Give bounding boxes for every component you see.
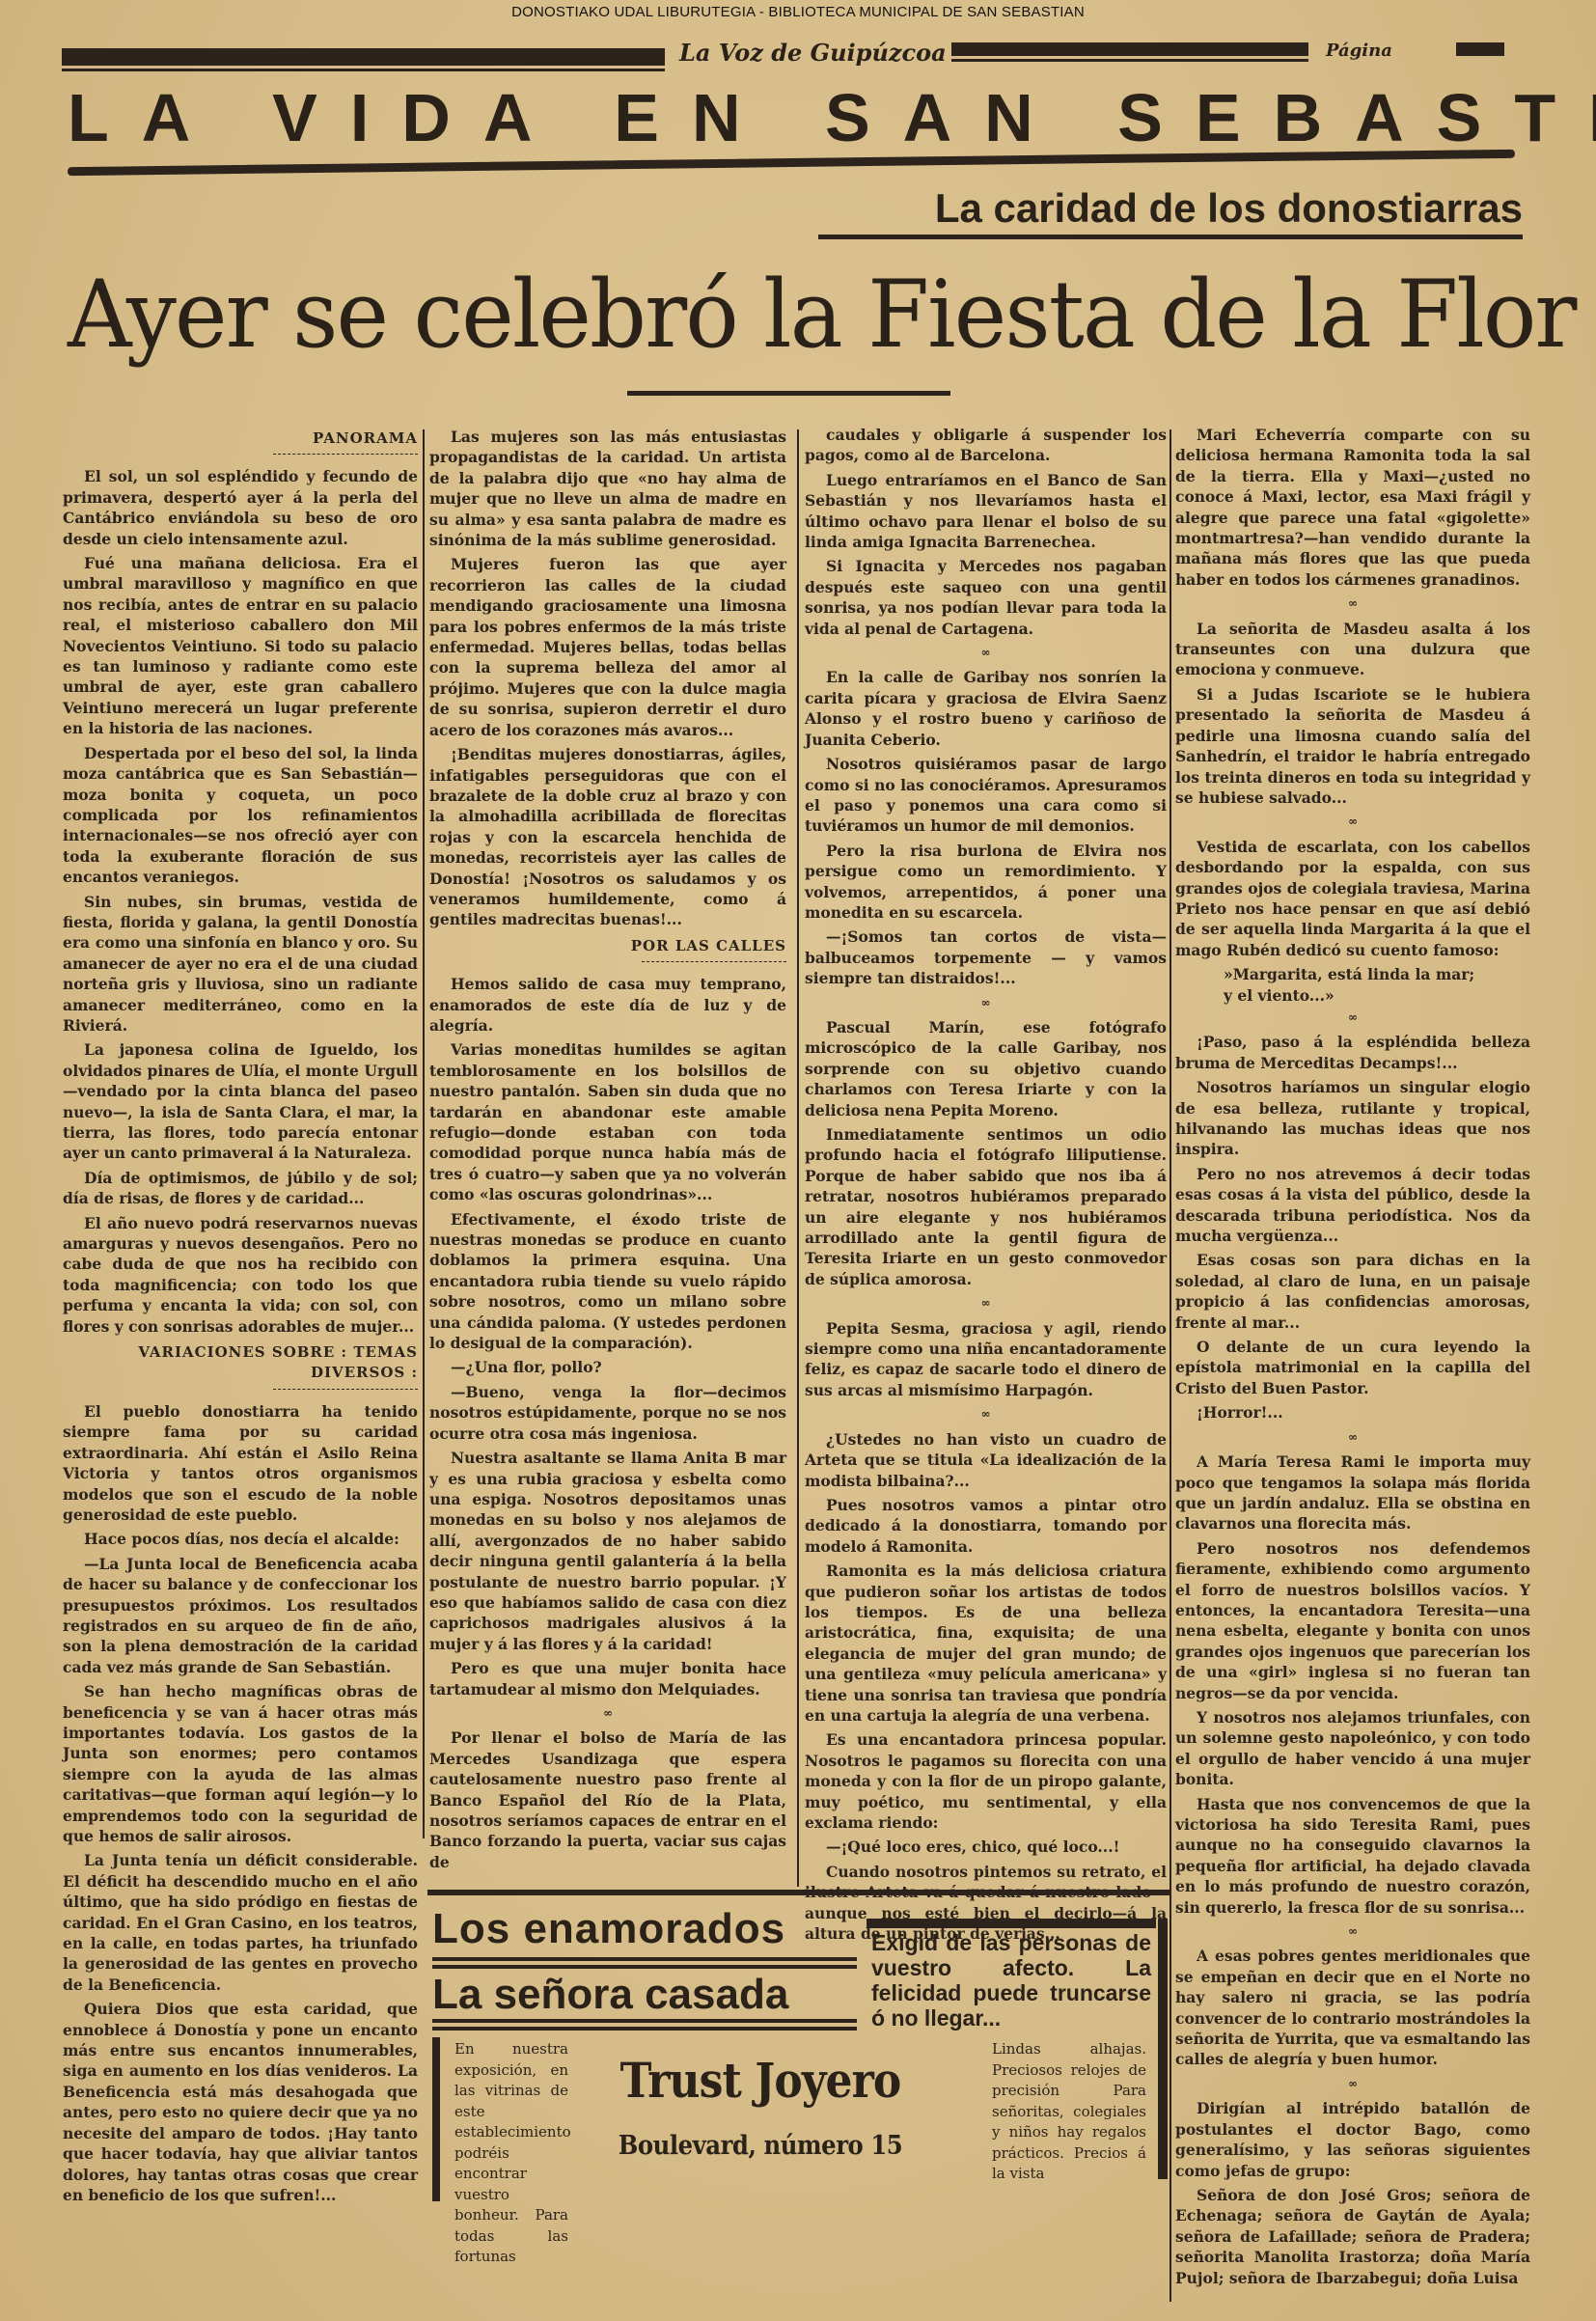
- paragraph: —La Junta local de Beneficencia acaba de…: [63, 1554, 418, 1677]
- ornament-icon: ∞: [429, 1703, 786, 1724]
- ornament-icon: ∞: [805, 993, 1167, 1013]
- paragraph: A esas pobres gentes meridionales que se…: [1175, 1946, 1530, 2069]
- paragraph: Inmediatamente sentimos un odio profundo…: [805, 1124, 1167, 1289]
- ornament-icon: ∞: [805, 643, 1167, 663]
- verse-line: »Margarita, está linda la mar;: [1175, 964, 1530, 984]
- ornament-icon: ∞: [1175, 1008, 1530, 1028]
- main-headline: Ayer se celebró la Fiesta de la Flor: [68, 261, 1467, 369]
- ad-heading-enamorados: Los enamorados: [432, 1905, 785, 1953]
- masthead-rule-left: [62, 48, 665, 66]
- masthead: La Voz de Guipúzcoa Página: [62, 37, 1511, 71]
- paragraph: Hasta que nos convencemos de que la vict…: [1175, 1794, 1530, 1918]
- paragraph: Fué una mañana deliciosa. Era el umbral …: [63, 553, 418, 739]
- masthead-rule-right: [951, 42, 1308, 56]
- section-title: LA VIDA EN SAN SEBASTIAN: [68, 79, 1525, 156]
- ad-exigid-text: Exigid de las personas de vuestro afecto…: [871, 1930, 1151, 2031]
- headline-rule: [627, 391, 950, 396]
- paragraph: Quiera Dios que esta caridad, que ennobl…: [63, 1999, 418, 2205]
- paragraph: Varias moneditas humildes se agitan temb…: [429, 1039, 786, 1204]
- paragraph: —Bueno, venga la flor—decimos nosotros e…: [429, 1382, 786, 1444]
- kicker-rule: [818, 235, 1523, 239]
- paragraph: Hace pocos días, nos decía el alcalde:: [63, 1529, 418, 1549]
- archive-header: DONOSTIAKO UDAL LIBURUTEGIA - BIBLIOTECA…: [0, 4, 1596, 20]
- paragraph: Pascual Marín, ese fotógrafo microscópic…: [805, 1017, 1167, 1120]
- paragraph: Nosotros quisiéramos pasar de largo como…: [805, 754, 1167, 837]
- paragraph: El pueblo donostiarra ha tenido siempre …: [63, 1401, 418, 1525]
- article-column-3: caudales y obligarle á suspender los pag…: [805, 425, 1167, 1948]
- paragraph: El año nuevo podrá reservarnos nuevas am…: [63, 1213, 418, 1337]
- ad-top-rule: [427, 1890, 1170, 1895]
- paragraph: Pepita Sesma, graciosa y agil, riendo si…: [805, 1318, 1167, 1401]
- paragraph: Mari Echeverría comparte con su delicios…: [1175, 425, 1530, 590]
- ad-rule: [432, 2019, 857, 2023]
- paragraph: La Junta tenía un déficit considerable. …: [63, 1850, 418, 1995]
- paragraph: ¡Paso, paso á la espléndida belleza brum…: [1175, 1032, 1530, 1073]
- paragraph: —¿Una flor, pollo?: [429, 1357, 786, 1377]
- ornament-icon: ∞: [1175, 2074, 1530, 2094]
- subhead-variaciones: VARIACIONES SOBRE : TEMAS DIVERSOS :: [63, 1342, 418, 1390]
- ad-text-left: En nuestra exposición, en las vitrinas d…: [454, 2039, 568, 2268]
- ornament-icon: ∞: [1175, 1427, 1530, 1448]
- column-rule: [797, 429, 799, 1887]
- ornament-icon: ∞: [1175, 812, 1530, 832]
- paragraph: Ramonita es la más deliciosa criatura qu…: [805, 1561, 1167, 1726]
- subhead-panorama: PANORAMA: [63, 428, 418, 455]
- advertisement-trust-joyero: Los enamorados La señora casada Exigid d…: [427, 1897, 1170, 2187]
- paragraph: El sol, un sol espléndido y fecundo de p…: [63, 466, 418, 549]
- paragraph: Nuestra asaltante se llama Anita B mar y…: [429, 1448, 786, 1654]
- article-column-2: Las mujeres son las más entusiastas prop…: [429, 427, 786, 1876]
- ad-rule: [432, 1965, 857, 1969]
- kicker-headline: La caridad de los donostiarras: [818, 185, 1523, 232]
- paragraph: O delante de un cura leyendo la epístola…: [1175, 1337, 1530, 1398]
- subhead-por-las-calles: POR LAS CALLES: [429, 936, 786, 962]
- paragraph: Sin nubes, sin brumas, vestida de fiesta…: [63, 892, 418, 1036]
- paragraph: ¡Benditas mujeres donostiarras, ágiles, …: [429, 744, 786, 930]
- paper-name: La Voz de Guipúzcoa: [679, 39, 947, 67]
- paragraph: A María Teresa Rami le importa muy poco …: [1175, 1451, 1530, 1534]
- ad-border-left: [432, 2037, 440, 2201]
- page-label: Página: [1326, 41, 1392, 61]
- ad-brand-name: Trust Joyero: [603, 2052, 918, 2109]
- article-column-4: Mari Echeverría comparte con su delicios…: [1175, 425, 1530, 2292]
- ad-heading-senora-casada: La señora casada: [432, 1971, 788, 2019]
- ad-rule: [432, 2027, 857, 2031]
- paragraph: ¿Ustedes no han visto un cuadro de Artet…: [805, 1429, 1167, 1491]
- column-rule: [423, 429, 425, 1838]
- paragraph: —¡Qué loco eres, chico, qué loco...!: [805, 1837, 1167, 1857]
- paragraph: Efectivamente, el éxodo triste de nuestr…: [429, 1209, 786, 1354]
- ad-address: Boulevard, número 15: [600, 2131, 922, 2161]
- ad-text-right: Lindas alhajas. Preciosos relojes de pre…: [992, 2039, 1146, 2185]
- ornament-icon: ∞: [1175, 594, 1530, 614]
- paragraph: Pero es que una mujer bonita hace tartam…: [429, 1658, 786, 1699]
- paragraph: Y nosotros nos alejamos triunfales, con …: [1175, 1707, 1530, 1790]
- paragraph: Señora de don José Gros; señora de Echen…: [1175, 2185, 1530, 2288]
- paragraph: Es una encantadora princesa popular. Nos…: [805, 1729, 1167, 1833]
- paragraph: Luego entraríamos en el Banco de San Seb…: [805, 470, 1167, 553]
- paragraph: Si a Judas Iscariote se le hubiera prese…: [1175, 684, 1530, 808]
- paragraph: Las mujeres son las más entusiastas prop…: [429, 427, 786, 550]
- paragraph: ¡Horror!...: [1175, 1402, 1530, 1423]
- paragraph: La japonesa colina de Igueldo, los olvid…: [63, 1039, 418, 1163]
- paragraph: —¡Somos tan cortos de vista—balbuceamos …: [805, 926, 1167, 988]
- paragraph: Se han hecho magníficas obras de benefic…: [63, 1681, 418, 1846]
- paragraph: Vestida de escarlata, con los cabellos d…: [1175, 837, 1530, 960]
- ad-exigid-rule: [867, 1919, 1156, 1928]
- ornament-icon: ∞: [1175, 1921, 1530, 1942]
- paragraph: Pues nosotros vamos a pintar otro dedica…: [805, 1495, 1167, 1557]
- paragraph: Día de optimismos, de júbilo y de sol; d…: [63, 1168, 418, 1209]
- ad-border-right: [1158, 1919, 1168, 2179]
- paragraph: Esas cosas son para dichas en la soledad…: [1175, 1250, 1530, 1333]
- ornament-icon: ∞: [805, 1404, 1167, 1424]
- paragraph: Pero no nos atrevemos á decir todas esas…: [1175, 1164, 1530, 1247]
- paragraph: Mujeres fueron las que ayer recorrieron …: [429, 554, 786, 740]
- paragraph: caudales y obligarle á suspender los pag…: [805, 425, 1167, 466]
- paragraph: Dirigían al intrépido batallón de postul…: [1175, 2098, 1530, 2181]
- paragraph: Pero nosotros nos defendemos fieramente,…: [1175, 1538, 1530, 1703]
- ad-rule: [432, 1957, 857, 1961]
- paragraph: En la calle de Garibay nos sonríen la ca…: [805, 667, 1167, 750]
- page-number-block: [1456, 42, 1504, 56]
- paragraph: La señorita de Masdeu asalta á los trans…: [1175, 619, 1530, 680]
- paragraph: Hemos salido de casa muy temprano, enamo…: [429, 974, 786, 1036]
- ornament-icon: ∞: [805, 1293, 1167, 1313]
- article-column-1: PANORAMA El sol, un sol espléndido y fec…: [63, 423, 418, 2209]
- paragraph: Despertada por el beso del sol, la linda…: [63, 743, 418, 888]
- verse-line: y el viento...»: [1175, 985, 1530, 1006]
- paragraph: Nosotros haríamos un singular elogio de …: [1175, 1077, 1530, 1160]
- paragraph: Si Ignacita y Mercedes nos pagaban despu…: [805, 556, 1167, 639]
- paragraph: Por llenar el bolso de María de las Merc…: [429, 1727, 786, 1872]
- paragraph: Pero la risa burlona de Elvira nos persi…: [805, 841, 1167, 924]
